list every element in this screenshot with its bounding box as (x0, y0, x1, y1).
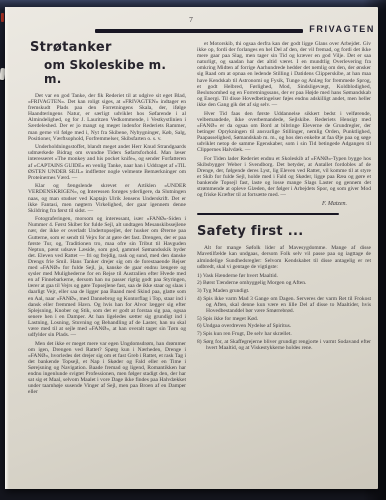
photo-background: 7 FRIVAGTEN Strøtanker om Skoleskibe m. … (0, 0, 386, 500)
left-column: Strøtanker om Skoleskibe m. m. Det var e… (28, 40, 186, 483)
safety-rule-item: 6) Undgaa overdreven Nydelse af Spiritus… (197, 323, 371, 329)
safety-rule-item: 3) Tyg Maden grundigt. (197, 288, 371, 294)
article-body-right: et Motorskib, thi ogsaa derfra kan der g… (197, 41, 371, 198)
paragraph: Klar og fængslende skrevet er Artiklen «… (28, 183, 186, 213)
magazine-page: 7 FRIVAGTEN Strøtanker om Skoleskibe m. … (5, 7, 378, 489)
article-title-line2: om Skoleskibe m. m. (44, 58, 186, 86)
safety-rule-item: 1) Vask Hænderne før hvert Maaltid. (197, 273, 371, 279)
page-columns: Strøtanker om Skoleskibe m. m. Det var e… (28, 40, 371, 483)
page-number: 7 (5, 15, 378, 24)
section-divider-rule (197, 213, 339, 216)
paragraph: Hver Tid faas den første Uddannelse sikk… (197, 111, 371, 154)
safety-rule-item: 2) Børst Tænderne omhyggelig Morgen og A… (197, 280, 371, 286)
paragraph: Fotograferingen, morsom og interessant, … (28, 216, 186, 338)
safety-first-title: Safety first ... (197, 224, 371, 239)
article-headline: Strøtanker om Skoleskibe m. m. (28, 40, 186, 86)
safety-rule-item: 4) Spis ikke varm Mad 3 Gange om Dagen. … (197, 296, 371, 314)
paragraph: Det var en god Tanke, der fik Rederiet t… (28, 93, 186, 142)
safety-rules-list: 1) Vask Hænderne før hvert Maaltid.2) Bø… (197, 273, 371, 351)
safety-rule-item: 5) Spis ikke for meget Kød. (197, 316, 371, 322)
right-column: et Motorskib, thi ogsaa derfra kan der g… (197, 40, 371, 483)
article-title-line1: Strøtanker (30, 40, 186, 55)
header-rule (95, 29, 303, 33)
safety-rule-item: 7) Spis kun ren Frugt, De selv har skræl… (197, 331, 371, 337)
safety-rule-item: 8) Sørg for, at Skaffegrejerne bliver gr… (197, 339, 371, 351)
paragraph: et Motorskib, thi ogsaa derfra kan der g… (197, 41, 371, 108)
paragraph: Men det ikke er meget mere var egen Ungd… (28, 341, 186, 396)
masthead-title: FRIVAGTEN (309, 24, 375, 34)
paragraph: For Tiden lader Rederiet endnu et Skoles… (197, 156, 371, 199)
red-ink-mark (1, 13, 4, 22)
safety-intro: Alt for mange Søfolk lider af Mavesygdom… (197, 245, 371, 269)
article-signature: F. Matzen. (197, 201, 371, 207)
paragraph: Underholdningsstoffet, blandt meget ande… (28, 144, 186, 181)
article-body-left: Det var en god Tanke, der fik Rederiet t… (28, 93, 186, 396)
